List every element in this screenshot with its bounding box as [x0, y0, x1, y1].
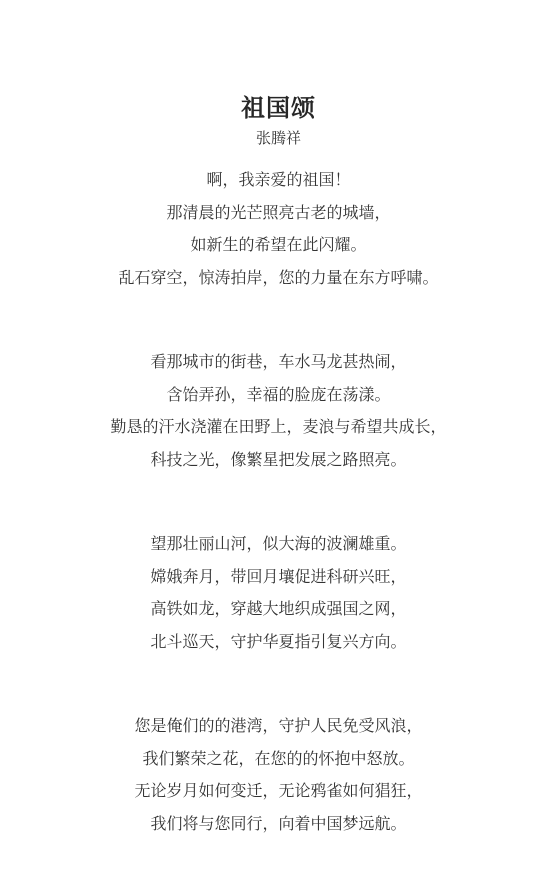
- poem-line: 嫦娥奔月，带回月壤促进科研兴旺，: [0, 562, 557, 595]
- stanza: 望那壮丽山河，似大海的波澜雄重。嫦娥奔月，带回月壤促进科研兴旺，高铁如龙，穿越大…: [0, 529, 557, 659]
- poem-author: 张腾祥: [0, 128, 557, 150]
- poem-line: 含饴弄孙，幸福的脸庞在荡漾。: [0, 380, 557, 413]
- poem-line: 北斗巡天，守护华夏指引复兴方向。: [0, 627, 557, 660]
- poem-line: 我们将与您同行，向着中国梦远航。: [0, 809, 557, 842]
- stanza: 啊，我亲爱的祖国！那清晨的光芒照亮古老的城墙，如新生的希望在此闪耀。乱石穿空，惊…: [0, 165, 557, 295]
- poem-line: 啊，我亲爱的祖国！: [0, 165, 557, 198]
- poem-line: 我们繁荣之花，在您的的怀抱中怒放。: [0, 744, 557, 777]
- poem-line: 看那城市的街巷，车水马龙甚热闹，: [0, 347, 557, 380]
- poem-line: 乱石穿空，惊涛拍岸，您的力量在东方呼啸。: [0, 263, 557, 296]
- poem-content: 祖国颂 张腾祥 啊，我亲爱的祖国！那清晨的光芒照亮古老的城墙，如新生的希望在此闪…: [0, 0, 557, 841]
- poem-title: 祖国颂: [0, 94, 557, 124]
- stanza: 看那城市的街巷，车水马龙甚热闹，含饴弄孙，幸福的脸庞在荡漾。勤恳的汗水浇灌在田野…: [0, 347, 557, 477]
- poem-line: 如新生的希望在此闪耀。: [0, 230, 557, 263]
- poem-body: 啊，我亲爱的祖国！那清晨的光芒照亮古老的城墙，如新生的希望在此闪耀。乱石穿空，惊…: [0, 165, 557, 841]
- poem-line: 望那壮丽山河，似大海的波澜雄重。: [0, 529, 557, 562]
- poem-line: 那清晨的光芒照亮古老的城墙，: [0, 198, 557, 231]
- poem-line: 无论岁月如何变迁，无论鸦雀如何猖狂，: [0, 776, 557, 809]
- poem-line: 勤恳的汗水浇灌在田野上，麦浪与希望共成长，: [0, 412, 557, 445]
- document-page: 祖国颂 张腾祥 啊，我亲爱的祖国！那清晨的光芒照亮古老的城墙，如新生的希望在此闪…: [0, 0, 557, 882]
- poem-line: 科技之光，像繁星把发展之路照亮。: [0, 445, 557, 478]
- poem-line: 高铁如龙，穿越大地织成强国之网，: [0, 594, 557, 627]
- poem-line: 您是俺们的的港湾，守护人民免受风浪，: [0, 711, 557, 744]
- stanza: 您是俺们的的港湾，守护人民免受风浪，我们繁荣之花，在您的的怀抱中怒放。无论岁月如…: [0, 711, 557, 841]
